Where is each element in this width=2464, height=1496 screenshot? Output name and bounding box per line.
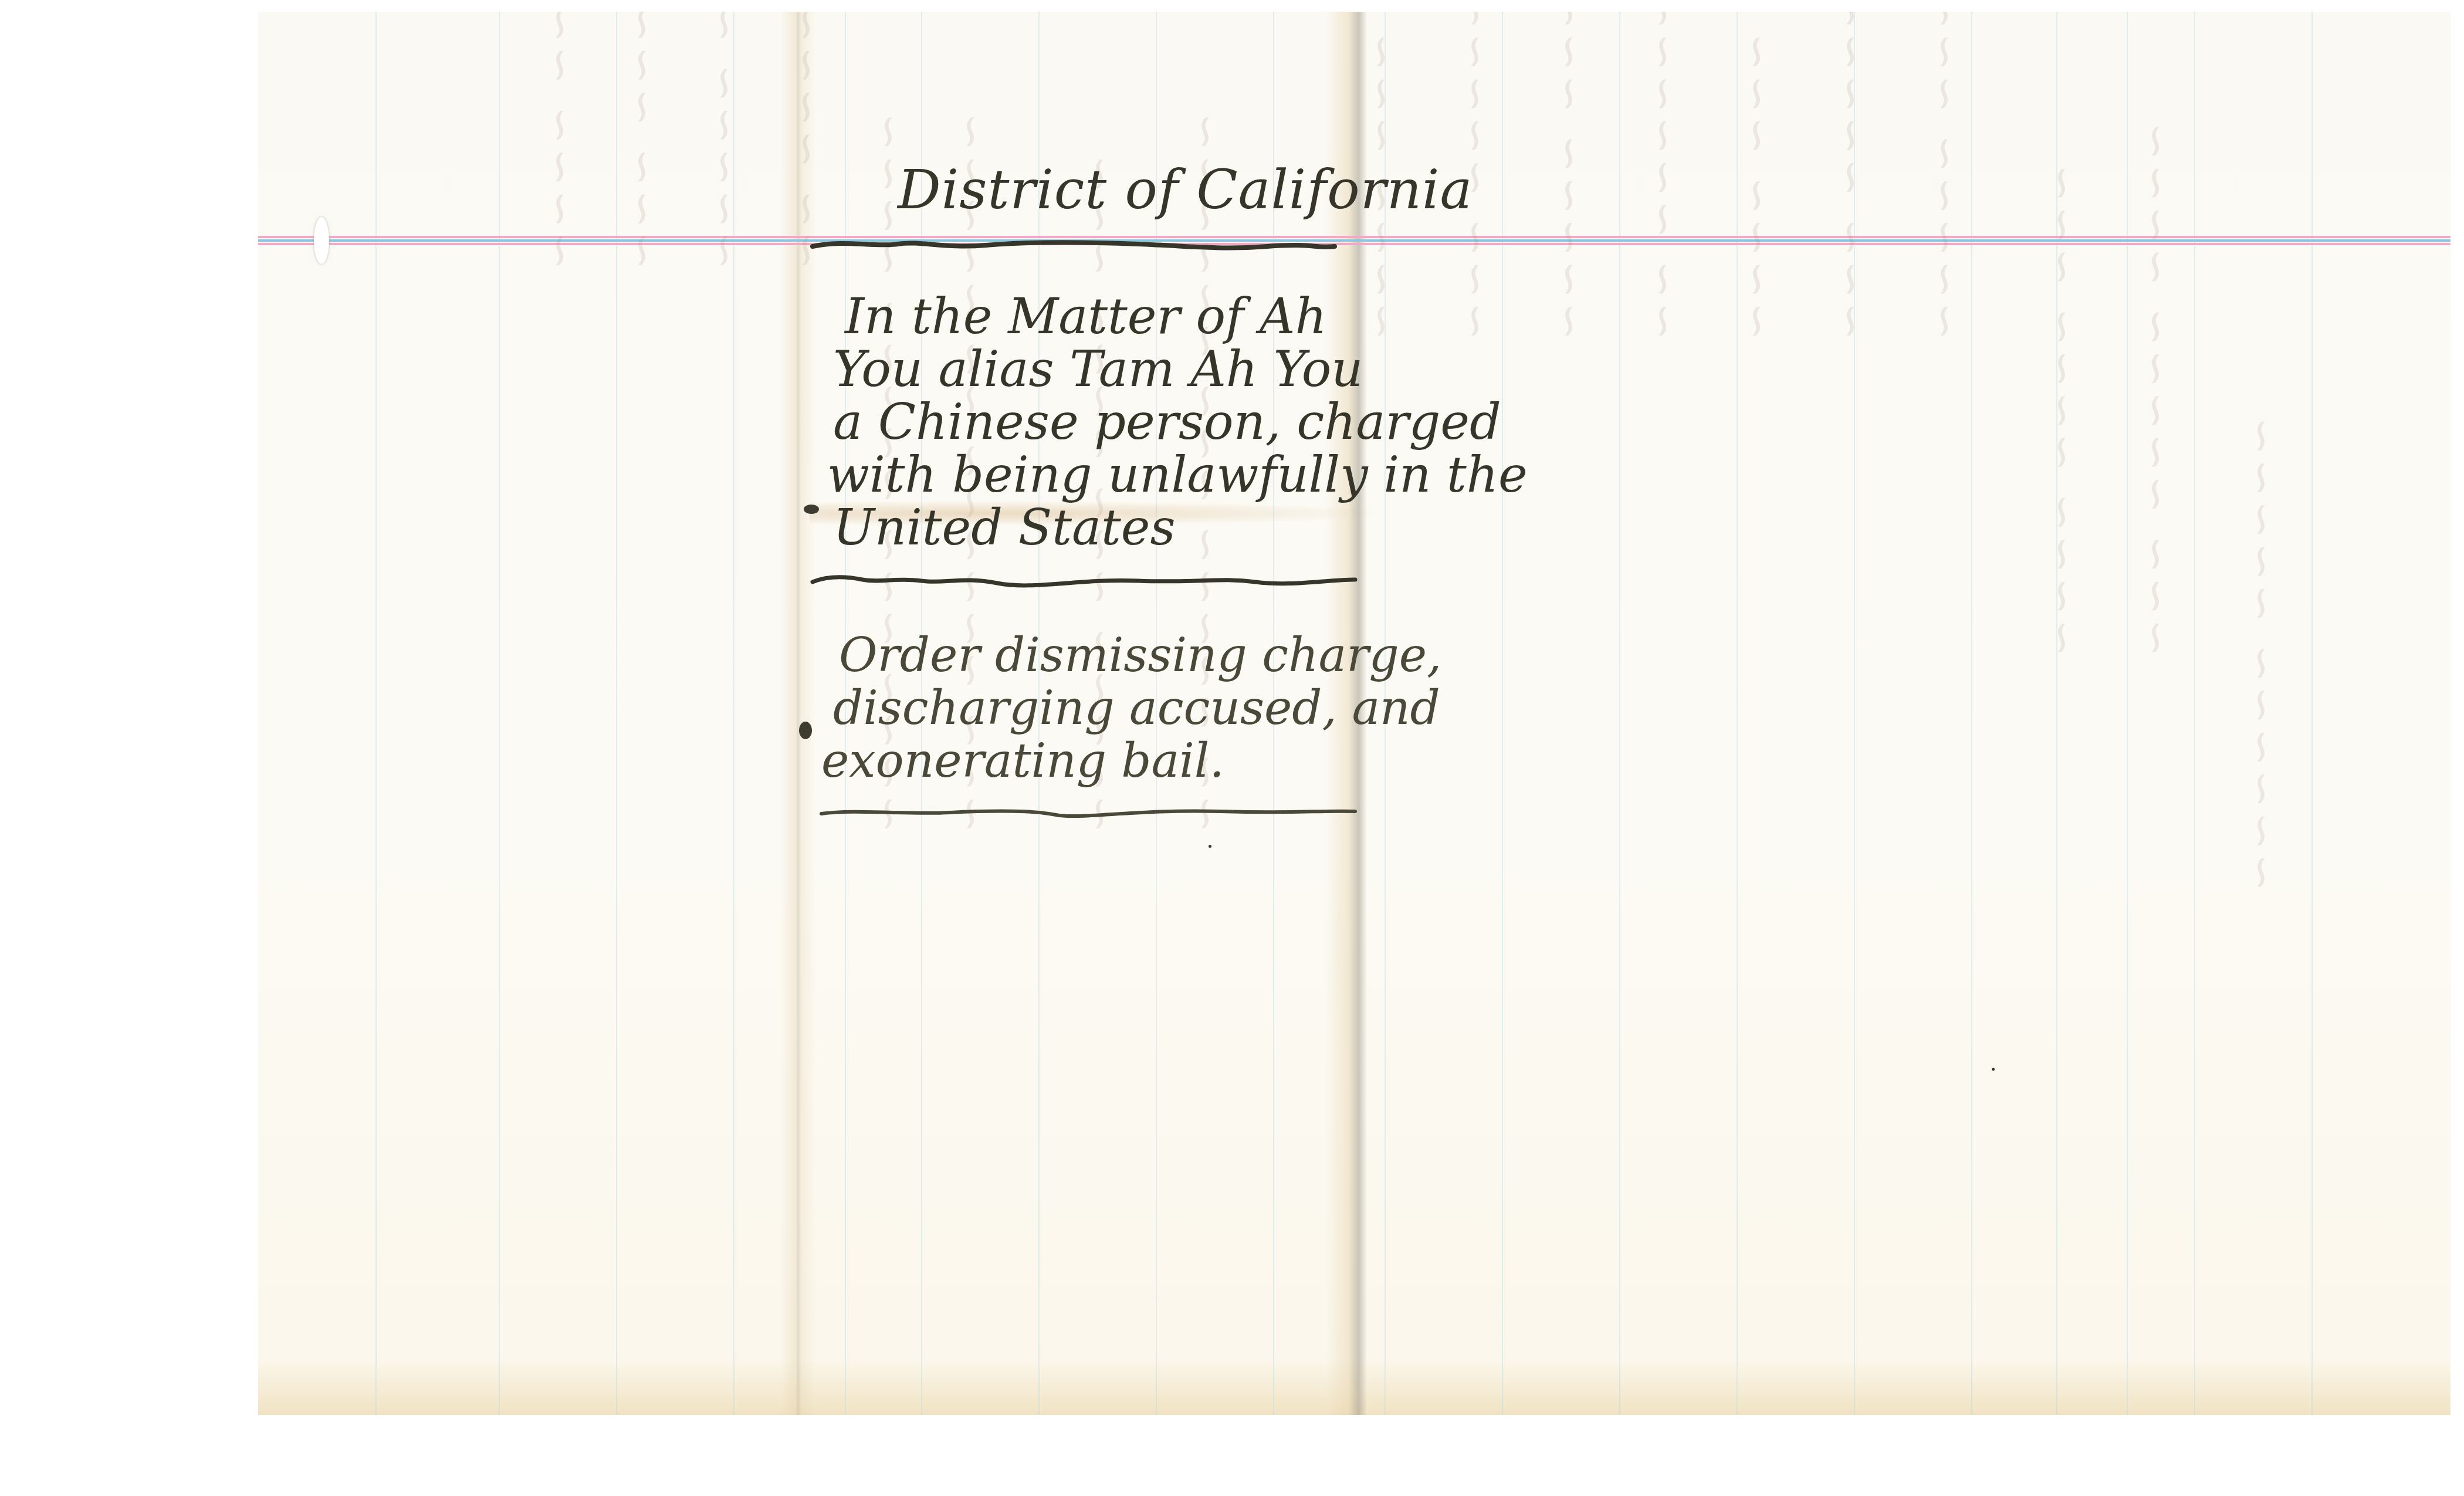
vertical-rule <box>1971 12 1972 1415</box>
matter-line-4: with being unlawfully in the <box>827 446 1528 503</box>
vertical-rule <box>1737 12 1738 1415</box>
vertical-rule <box>733 12 735 1415</box>
docket-endorsement: District of California In the Matter of … <box>810 0 1361 880</box>
vertical-rule <box>616 12 617 1415</box>
bleed-through-texture: ~~~~ ~~~ ~~~~~ ~~ ~~~~ ~~~~~~ ~~~ <box>534 12 587 270</box>
vertical-rule <box>499 12 500 1415</box>
vertical-rule <box>1502 12 1503 1415</box>
matter-line-1: In the Matter of Ah <box>845 287 1327 345</box>
vertical-rule <box>2194 12 2195 1415</box>
bleed-through-texture: ~~~ ~~~~~ ~~ ~~~~~~ ~~~ ~~~~ ~~~~ <box>616 12 669 270</box>
paper-tear <box>314 217 329 264</box>
matter-line-3: a Chinese person, charged <box>833 393 1501 451</box>
district-heading: District of California <box>898 158 1473 221</box>
vertical-rule <box>2056 12 2057 1415</box>
bleed-through-texture: ~~~ ~~~~~ ~~~~ <box>2130 119 2182 657</box>
bleed-through-texture: ~~~~ ~~~ ~~~~~ ~~~~~~ ~~~ ~~~~ <box>1731 12 1783 340</box>
vertical-rule <box>375 12 377 1415</box>
matter-line-2: You alias Tam Ah You <box>833 340 1363 398</box>
vertical-rule <box>2127 12 2128 1415</box>
order-line-2: discharging accused, and <box>833 681 1440 735</box>
bleed-through-texture: ~~~~~ ~~~ ~~~~ ~~ ~~~~~ ~~~~ ~~~ <box>1543 12 1596 340</box>
bleed-through-texture: ~~~~~ ~~~ ~~~~ ~~ ~~~~~~~ ~~~ ~~ <box>698 12 751 270</box>
vertical-rule <box>2311 12 2313 1415</box>
matter-divider <box>810 569 1361 593</box>
bleed-through-texture: ~~~~ ~~~~ ~~~ <box>2036 161 2089 658</box>
order-underline <box>810 801 1361 824</box>
ink-speck <box>1992 1068 1995 1071</box>
order-line-1: Order dismissing charge, <box>839 628 1441 682</box>
bleed-through-texture: ~~~ ~~~~~ ~~ ~~~~ ~~~~~ ~~~ ~~~ <box>1825 12 1877 340</box>
order-line-3: exonerating bail. <box>821 733 1224 788</box>
vertical-rule <box>1619 12 1620 1415</box>
vertical-rule <box>1854 12 1855 1415</box>
matter-line-5: United States <box>833 499 1176 556</box>
bleed-through-texture: ~~ ~~~~~~ ~~~ ~~~~ ~~~~ ~~~~~ ~~ <box>1637 12 1690 340</box>
bleed-through-texture: ~~~~~ ~~~ ~~~~~~ ~~ ~~~~ ~~~ <box>1918 12 1971 340</box>
heading-underline <box>810 233 1338 257</box>
signature-bleed-through: ~~~~~~ ~~~~~ <box>2235 413 2288 892</box>
